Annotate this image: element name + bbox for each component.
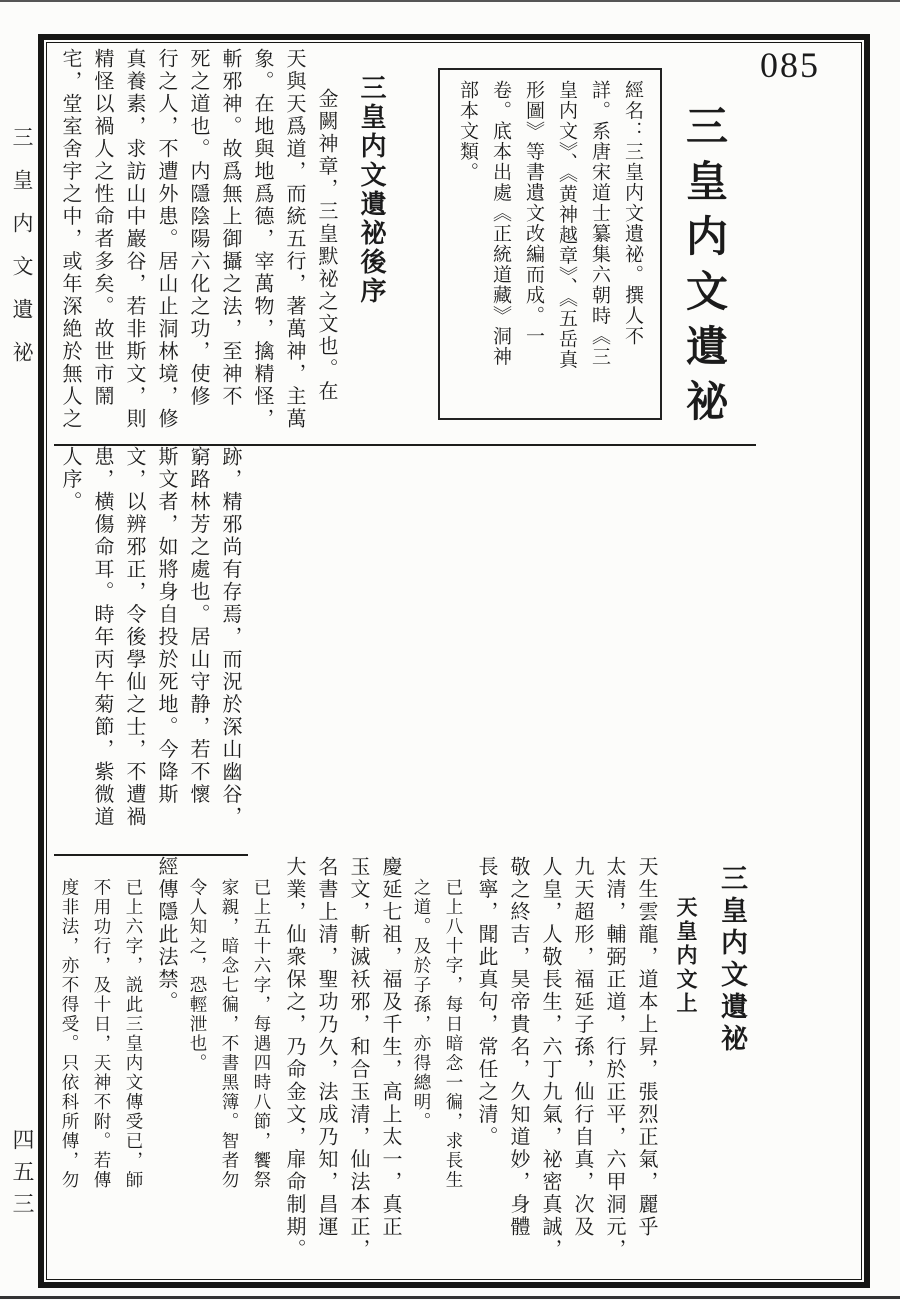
page-code: 085 bbox=[760, 44, 820, 86]
colophon-column: 經名：三皇内文遺祕。撰人不 bbox=[616, 80, 649, 408]
page-frame: 085 三皇内文遺祕 經名：三皇内文遺祕。撰人不詳。系唐宋道士纂集六朝時《三皇内… bbox=[38, 34, 870, 1288]
main-text-column: 名書上清，聖功乃久，法成乃知，昌運 bbox=[310, 856, 342, 1270]
main-text-column: 敬之終吉，昊帝貴名，久知道妙，身體 bbox=[502, 856, 534, 1270]
postface-column: 真養素，求訪山中巖谷，若非斯文，則 bbox=[118, 48, 150, 444]
postface-section: 三皇内文遺祕 經名：三皇内文遺祕。撰人不詳。系唐宋道士纂集六朝時《三皇内文》、《… bbox=[54, 48, 756, 446]
main-text-column: 慶延七祖，福及千生，高上太一，真正 bbox=[374, 856, 406, 1270]
main-text-column: 大業，仙衆保之，乃命金文，扉命制期。 bbox=[278, 856, 310, 1270]
main-text-column-comment: 已上五十六字，每遇四時八節，饗祭 bbox=[246, 878, 278, 1270]
main-text-column: 九天超形，福延子孫，仙行自真，次及 bbox=[566, 856, 598, 1270]
colophon-box: 經名：三皇内文遺祕。撰人不詳。系唐宋道士纂集六朝時《三皇内文》、《黄神越章》、《… bbox=[438, 68, 662, 420]
scanned-page: 三皇内文遺祕 四五三 085 三皇内文遺祕 經名：三皇内文遺祕。撰人不詳。系唐宋… bbox=[0, 0, 900, 1300]
scan-edge-bottom bbox=[0, 1296, 900, 1299]
main-text-column-subtitle: 天皇内文上 bbox=[662, 896, 708, 1270]
main-text-column-comment: 已上八十字，每日暗念一徧，求長生 bbox=[438, 878, 470, 1270]
postface-column-heading: 三皇内文遺祕後序 bbox=[348, 74, 394, 444]
postface-column: 天與天爲道，而統五行，著萬神，主萬 bbox=[278, 48, 310, 444]
postface-column: 文，以辨邪正，令後學仙之士，不遭禍 bbox=[118, 446, 150, 854]
colophon-column: 形圖》等書遺文改編而成。一 bbox=[517, 80, 550, 408]
colophon-column: 部本文類。 bbox=[451, 80, 484, 408]
main-text-column-comment: 之道。及於子孫，亦得總明。 bbox=[406, 878, 438, 1270]
main-text-section: 三皇内文遺祕天皇内文上天生雲龍，道本上昇，張烈正氣，麗乎太清，輔弼正道，行於正平… bbox=[54, 856, 776, 1270]
main-text-column-comment: 已上六字，説此三皇内文傳受已，師 bbox=[118, 878, 150, 1270]
main-text-column: 天生雲龍，道本上昇，張烈正氣，麗乎 bbox=[630, 856, 662, 1270]
postface-column: 死之道也。内隱陰陽六化之功，使修 bbox=[182, 48, 214, 444]
main-text-column: 太清，輔弼正道，行於正平，六甲洞元， bbox=[598, 856, 630, 1270]
main-text-column: 長寧，聞此真句，常任之清。 bbox=[470, 856, 502, 1270]
main-text-column-comment: 度非法，亦不得受。只依科所傳，勿 bbox=[54, 878, 86, 1270]
postface-column: 斬邪神。故爲無上御攝之法，至神不 bbox=[214, 48, 246, 444]
main-text-column-comment: 不用功行，及十日，天神不附。若傳 bbox=[86, 878, 118, 1270]
main-text-column-comment: 家親，暗念七徧，不書黑簿。智者勿 bbox=[214, 878, 246, 1270]
postface-column-opening: 金闕神章，三皇默祕之文也。在 bbox=[310, 88, 342, 444]
main-text-column: 玉文，斬滅袄邪，和合玉清，仙法本正， bbox=[342, 856, 374, 1270]
postface-column: 象。在地與地爲德，宰萬物，擒精怪， bbox=[246, 48, 278, 444]
frame-content: 085 三皇内文遺祕 經名：三皇内文遺祕。撰人不詳。系唐宋道士纂集六朝時《三皇内… bbox=[54, 48, 854, 1274]
colophon-column: 詳。系唐宋道士纂集六朝時《三 bbox=[583, 80, 616, 408]
page-number: 四五三 bbox=[7, 1128, 38, 1224]
postface-continued-section: 跡，精邪尚有存焉，而況於深山幽谷，窮路林芳之處也。居山守静，若不懷斯文者，如將身… bbox=[54, 446, 248, 856]
main-text-column-comment: 令人知之，恐輕泄也。 bbox=[182, 878, 214, 1270]
postface-column: 人序。 bbox=[54, 446, 86, 854]
postface-column: 患，横傷命耳。時年丙午菊節，紫微道 bbox=[86, 446, 118, 854]
postface-column: 跡，精邪尚有存焉，而況於深山幽谷， bbox=[214, 446, 246, 854]
postface-column: 窮路林芳之處也。居山守静，若不懷 bbox=[182, 446, 214, 854]
postface-column: 行之人，不遭外患。居山止洞林境，修 bbox=[150, 48, 182, 444]
main-text-column-title: 三皇内文遺祕 bbox=[708, 864, 756, 1270]
postface-column: 斯文者，如將身自投於死地。今降斯 bbox=[150, 446, 182, 854]
margin-running-title: 三皇内文遺祕 bbox=[7, 126, 37, 384]
main-text-column: 經傳隱此法禁。 bbox=[150, 856, 182, 1270]
colophon-column: 皇内文》、《黄神越章》、《五岳真 bbox=[550, 80, 583, 408]
scan-edge-top bbox=[0, 0, 900, 2]
main-title: 三皇内文遺祕 bbox=[676, 104, 730, 444]
main-text-column: 人皇，人敬長生，六丁九氣，祕密真誠， bbox=[534, 856, 566, 1270]
postface-column: 宅，堂室舍宇之中，或年深絶於無人之 bbox=[54, 48, 86, 444]
colophon-column: 卷。底本出處《正統道藏》洞神 bbox=[484, 80, 517, 408]
postface-column: 精怪以禍人之性命者多矣。故世市鬧 bbox=[86, 48, 118, 444]
